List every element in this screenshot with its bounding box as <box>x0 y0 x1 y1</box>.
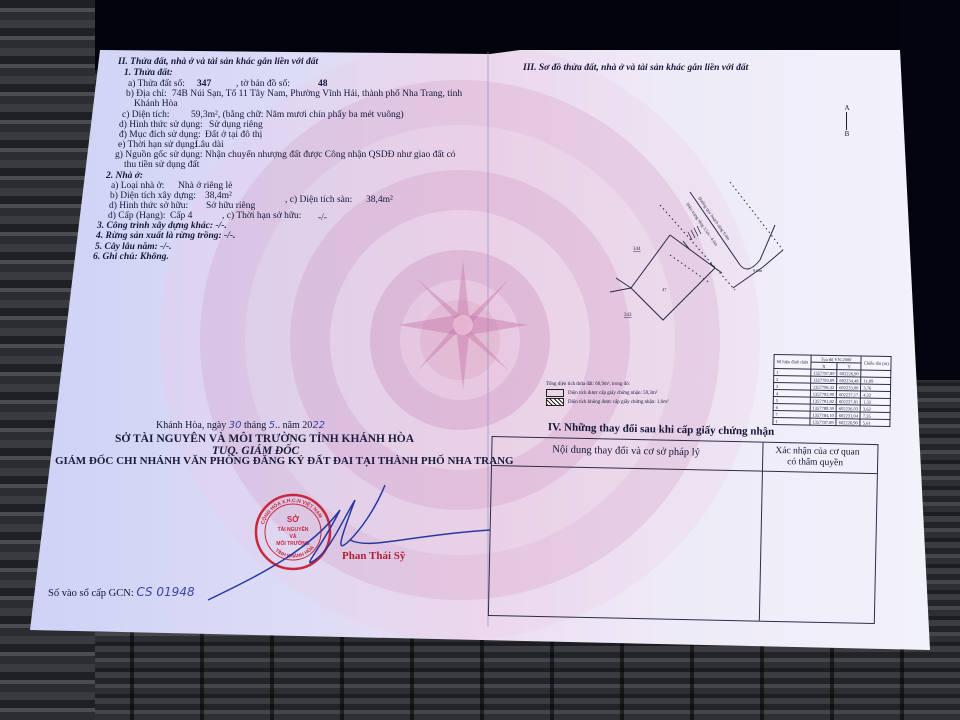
neighbor-343: 343 <box>624 313 632 318</box>
coordinate-cell: 1357792,99 <box>810 390 836 397</box>
north-label-b: B <box>842 130 852 138</box>
own-term-label: , c) Thời hạn sở hữu: <box>222 211 301 222</box>
year-label: năm 20 <box>283 420 313 431</box>
coordinate-cell: 602237,17 <box>837 391 861 398</box>
legend-blank-swatch <box>546 389 564 397</box>
org-branch: GIÁM ĐỐC CHI NHÁNH VĂN PHÒNG ĐĂNG KÝ ĐẤT… <box>55 455 514 467</box>
address-line2: Khánh Hòa <box>134 99 178 110</box>
changes-table: Nội dung thay đổi và cơ sở pháp lý Xác n… <box>488 436 879 624</box>
coordinate-cell: 602233,00 <box>837 384 861 391</box>
address-line1: 74B Núi Sạn, Tổ 11 Tây Nam, Phường Vĩnh … <box>172 89 462 100</box>
origin-line2: thu tiền sử dụng đất <box>124 160 199 171</box>
note: 6. Ghi chú: Không. <box>93 252 169 263</box>
parcel-diagram: Đường quy hoạch rộng 9.0m Hiện trạng rộn… <box>600 180 830 330</box>
neighbor-344: 344 <box>633 247 641 252</box>
coordinate-cell: 602234,48 <box>837 377 861 384</box>
own-term-value: -/- <box>318 213 327 224</box>
date-month: 5 <box>269 420 275 431</box>
changes-col-content: Nội dung thay đổi và cơ sở pháp lý <box>552 444 700 458</box>
coord-header-vertex: Số hiệu đỉnh thửa <box>774 354 811 369</box>
road-label-current: Hiện trạng rộng 3.5m - 4.0m <box>685 202 719 248</box>
coord-header-length: Chiều dài (m) <box>861 356 891 371</box>
register-number-row: Số vào sổ cấp GCN: CS 01948 <box>48 587 195 599</box>
register-label: Số vào sổ cấp GCN: <box>48 588 134 599</box>
legend-certified: Diện tích được cấp giấy chứng nhận: 59,3… <box>546 389 669 398</box>
dimension-label: 9.0m <box>753 268 763 273</box>
coordinate-cell: 602237,81 <box>836 398 860 405</box>
org-department: SỞ TÀI NGUYÊN VÀ MÔI TRƯỜNG TỈNH KHÁNH H… <box>115 433 414 445</box>
signer-name: Phan Thái Sỹ <box>342 551 405 562</box>
date-prefix: Khánh Hòa, ngày <box>156 420 226 431</box>
coordinate-cell: 602231,04 <box>836 412 860 419</box>
section-2-title: II. Thửa đất, nhà ở và tài sản khác gắn … <box>118 57 318 68</box>
north-arrow-icon: A B <box>842 104 852 142</box>
signing-place-date: Khánh Hòa, ngày 30 tháng 5.. năm 2022 <box>156 420 325 431</box>
coordinate-cell: 602226,90 <box>837 370 861 377</box>
signature <box>200 480 500 610</box>
date-year: 22 <box>312 420 325 431</box>
date-day: 30 <box>229 420 242 431</box>
coordinate-cell: 1357796,32 <box>810 383 836 390</box>
drum-star-emblem <box>398 260 528 390</box>
floor-area-value: 38,4m² <box>366 195 393 206</box>
coordinate-cell: 1357787,89 <box>811 369 837 376</box>
coordinate-cell: 1357791,82 <box>810 397 836 404</box>
changes-col-confirm-2: có thẩm quyền <box>787 457 843 469</box>
floor-area-label: , c) Diện tích sàn: <box>285 195 352 206</box>
changes-section: IV. Những thay đổi sau khi cấp giấy chứn… <box>488 418 878 622</box>
coordinate-cell: 1357789,30 <box>810 404 836 411</box>
legend-total: Tổng diện tích thửa đất: 60,9m², trong đ… <box>546 381 669 389</box>
land-heading: 1. Thửa đất: <box>124 68 173 79</box>
month-label: tháng <box>244 420 266 431</box>
register-number: CS 01948 <box>136 585 194 599</box>
north-label-a: A <box>842 104 852 112</box>
legend-hatch-swatch <box>546 398 564 406</box>
forest: 4. Rừng sản xuất là rừng trồng: -/-. <box>96 231 235 242</box>
coordinate-cell: 1357784,10 <box>810 411 836 418</box>
area-legend: Tổng diện tích thửa đất: 60,9m², trong đ… <box>546 381 669 407</box>
section-3-title: III. Sơ đồ thửa đất, nhà ở và tài sản kh… <box>523 63 748 74</box>
coordinate-cell: 602236,03 <box>836 405 860 412</box>
parcel-number-label: 47 <box>662 287 667 292</box>
origin-line1: Nhận chuyển nhượng đất được Công nhận QS… <box>205 150 456 161</box>
coordinate-table-body: 11357787,89602226,9021357793,09602234,48… <box>773 368 891 426</box>
coordinate-cell: 1357793,09 <box>810 376 836 383</box>
changes-title: IV. Những thay đổi sau khi cấp giấy chứn… <box>548 422 775 438</box>
coordinate-table: Số hiệu đỉnh thửa Tọa độ VN-2000 Chiều d… <box>772 354 892 427</box>
legend-not-certified: Diện tích không được cấp giấy chứng nhận… <box>546 398 669 407</box>
